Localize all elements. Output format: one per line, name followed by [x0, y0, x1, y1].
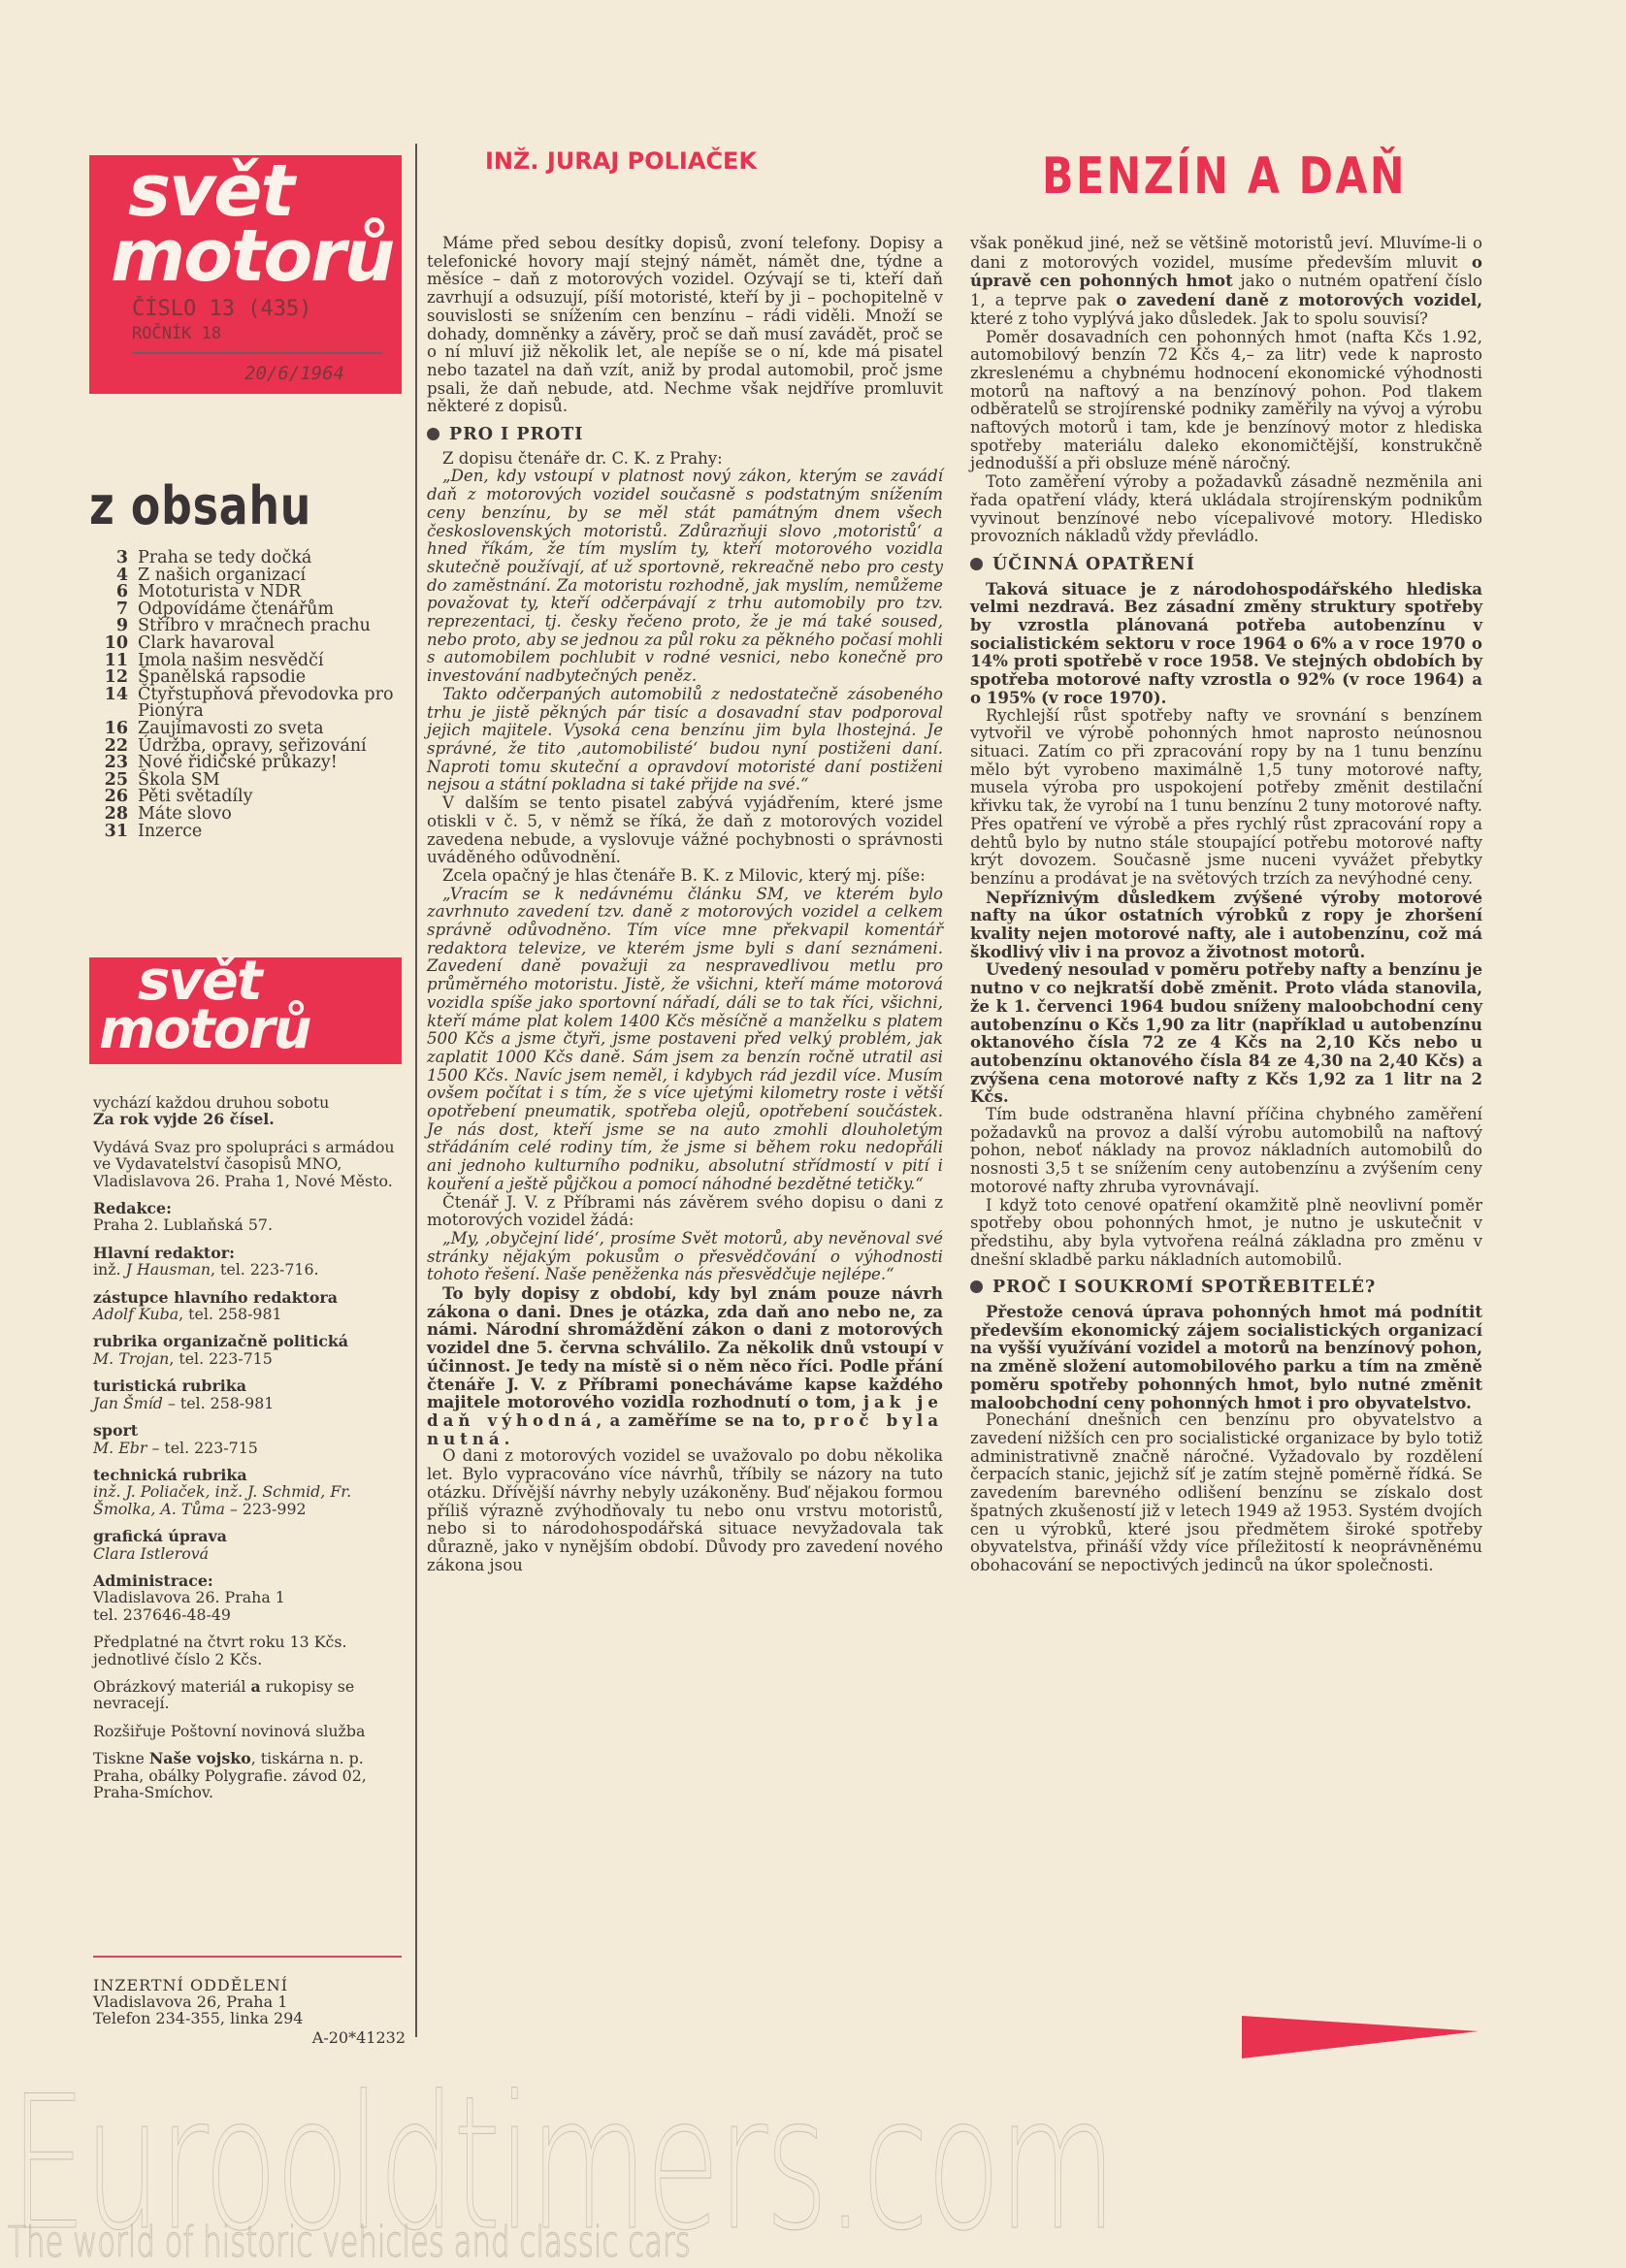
- quote-paragraph: Takto odčerpaných automobilů z nedostate…: [427, 686, 943, 794]
- paragraph: Toto zaměření výroby a požadavků zásadně…: [970, 473, 1482, 546]
- toc-page-number: 4: [89, 567, 138, 585]
- paragraph: Ponechání dnešních cen benzínu pro obyva…: [970, 1411, 1482, 1574]
- editorial: Redakce:Praha 2. Lublaňská 57.: [93, 1200, 406, 1234]
- toc-item-title: Zaujímavosti zo sveta: [138, 721, 324, 738]
- ads-department: INZERTNÍ ODDĚLENÍ Vladislavova 26, Praha…: [93, 1977, 406, 2046]
- watermark-tagline: The world of historic vehicles and class…: [8, 2218, 691, 2267]
- ads-title: INZERTNÍ ODDĚLENÍ: [93, 1977, 406, 1993]
- imprint: vychází každou druhou sobotuZa rok vyjde…: [93, 1094, 406, 1811]
- imprint-logo-block: svět motorů: [89, 957, 402, 1064]
- ads-divider: [93, 1956, 402, 1958]
- sport-section: sportM. Ebr – tel. 223-715: [93, 1422, 406, 1456]
- paragraph: však poněkud jiné, než se většině motori…: [970, 235, 1482, 329]
- bold-paragraph: Uvedený nesoulad v poměru potřeby nafty …: [970, 960, 1482, 1106]
- article-title: BENZÍN A DAŇ: [1042, 147, 1407, 206]
- tech-section: technická rubrikainž. J. Poliaček, inž. …: [93, 1467, 406, 1517]
- bold-paragraph: Taková situace je z národohospodářského …: [970, 580, 1482, 707]
- paragraph: Z dopisu čtenáře dr. C. K. z Prahy:: [427, 450, 943, 469]
- paragraph: Čtenář J. V. z Příbrami nás závěrem svéh…: [427, 1194, 943, 1230]
- chief-editor: Hlavní redaktor:inž. J Hausman, tel. 223…: [93, 1245, 406, 1279]
- org-section: rubrika organizačně politickáM. Trojan, …: [93, 1333, 406, 1367]
- section-heading-ucinna-opatreni: ÚČINNÁ OPATŘENÍ: [970, 556, 1482, 574]
- toc-item-title: Máte slovo: [138, 806, 232, 824]
- administration: Administrace:Vladislavova 26. Praha 1tel…: [93, 1572, 406, 1623]
- logo-line-1: svět: [89, 155, 402, 224]
- logo-line-2: motorů: [89, 224, 402, 289]
- graphic-section: grafická úpravaClara Istlerová: [93, 1528, 406, 1562]
- manuscripts: Obrázkový materiál a rukopisy se nevrace…: [93, 1678, 406, 1712]
- tourism-section: turistická rubrikaJan Šmíd – tel. 258-98…: [93, 1377, 406, 1411]
- intro-paragraph: Máme před sebou desítky dopisů, zvoní te…: [427, 235, 943, 416]
- paragraph: Poměr dosavadních cen pohonných hmot (na…: [970, 329, 1482, 474]
- toc-item-title: Praha se tedy dočká: [138, 550, 311, 567]
- printer: Tiskne Naše vojsko, tiskárna n. p. Praha…: [93, 1750, 406, 1800]
- subscription: Předplatné na čtvrt roku 13 Kčs. jednotl…: [93, 1634, 406, 1668]
- toc-page-number: 28: [89, 806, 138, 824]
- toc-item: 10Clark havaroval: [89, 635, 409, 653]
- paragraph: O dani z motorových vozidel se uvažovalo…: [427, 1447, 943, 1574]
- toc-item: 14Čtyřstupňová převodovka pro Pionýra: [89, 687, 409, 721]
- bold-paragraph: Přestože cenová úprava pohonných hmot má…: [970, 1303, 1482, 1411]
- imprint-logo-line-2: motorů: [89, 1006, 402, 1054]
- volume-number: ROČNÍK 18: [132, 324, 221, 343]
- bullet-icon: [970, 558, 983, 570]
- toc-page-number: 16: [89, 721, 138, 738]
- article-column-2: však poněkud jiné, než se většině motori…: [970, 235, 1482, 1575]
- quote-paragraph: „Vracím se k nedávnému článku SM, ve kte…: [427, 886, 943, 1194]
- print-code: A-20*41232: [93, 2029, 406, 2046]
- masthead-rule: [132, 352, 382, 354]
- section-heading-proc-i-soukromi: PROČ I SOUKROMÍ SPOTŘEBITELÉ?: [970, 1279, 1482, 1297]
- bold-paragraph: To byly dopisy z období, kdy byl znám po…: [427, 1284, 943, 1447]
- column-divider: [415, 144, 417, 2037]
- masthead-logo-block: svět motorů ČÍSLO 13 (435) ROČNÍK 18 20/…: [89, 155, 402, 394]
- toc-item: 28Máte slovo: [89, 806, 409, 824]
- paragraph: I když toto cenové opatření okamžitě pln…: [970, 1197, 1482, 1270]
- toc-item-title: Clark havaroval: [138, 635, 275, 653]
- bold-paragraph: Nepříznivým důsledkem zvýšené výroby mot…: [970, 889, 1482, 961]
- paragraph: V dalším se tento pisatel zabývá vyjádře…: [427, 794, 943, 867]
- toc-page-number: 10: [89, 635, 138, 653]
- bullet-icon: [427, 428, 439, 440]
- bullet-icon: [970, 1280, 983, 1293]
- frequency: vychází každou druhou sobotuZa rok vyjde…: [93, 1094, 406, 1128]
- toc-page-number: 31: [89, 824, 138, 841]
- issue-number: ČÍSLO 13 (435): [132, 297, 311, 321]
- continue-arrow-icon: [1242, 2016, 1479, 2058]
- toc-title: z obsahu: [89, 475, 311, 536]
- ads-address: Vladislavova 26, Praha 1: [93, 1993, 406, 2010]
- paragraph: Zcela opačný je hlas čtenáře B. K. z Mil…: [427, 867, 943, 886]
- section-heading-pro-i-proti: PRO I PROTI: [427, 426, 943, 444]
- article-author: INŽ. JURAJ POLIAČEK: [485, 147, 757, 175]
- deputy-editor: zástupce hlavního redaktoraAdolf Kuba, t…: [93, 1289, 406, 1323]
- toc-item: 31Inzerce: [89, 824, 409, 841]
- issue-date: 20/6/1964: [244, 363, 344, 384]
- toc-page-number: 3: [89, 550, 138, 567]
- distribution: Rozšiřuje Poštovní novinová služba: [93, 1723, 406, 1739]
- table-of-contents: 3Praha se tedy dočká4Z našich organizací…: [89, 550, 409, 840]
- paragraph: Tím bude odstraněna hlavní příčina chybn…: [970, 1106, 1482, 1197]
- ads-phone: Telefon 234-355, linka 294: [93, 2010, 406, 2026]
- toc-item: 3Praha se tedy dočká: [89, 550, 409, 567]
- article-column-1: Máme před sebou desítky dopisů, zvoní te…: [427, 235, 943, 1574]
- publisher: Vydává Svaz pro spolupráci s armádou ve …: [93, 1139, 406, 1189]
- toc-item: 16Zaujímavosti zo sveta: [89, 721, 409, 738]
- toc-item-title: Čtyřstupňová převodovka pro Pionýra: [138, 687, 409, 721]
- quote-paragraph: „My, ‚obyčejní lidé‘, prosíme Svět motor…: [427, 1230, 943, 1284]
- toc-page-number: 14: [89, 687, 138, 721]
- toc-item-title: Inzerce: [138, 824, 202, 841]
- toc-page-number: 6: [89, 584, 138, 601]
- paragraph: Rychlejší růst spotřeby nafty ve srovnán…: [970, 707, 1482, 889]
- toc-page-number: 7: [89, 601, 138, 619]
- quote-paragraph: „Den, kdy vstoupí v platnost nový zákon,…: [427, 468, 943, 685]
